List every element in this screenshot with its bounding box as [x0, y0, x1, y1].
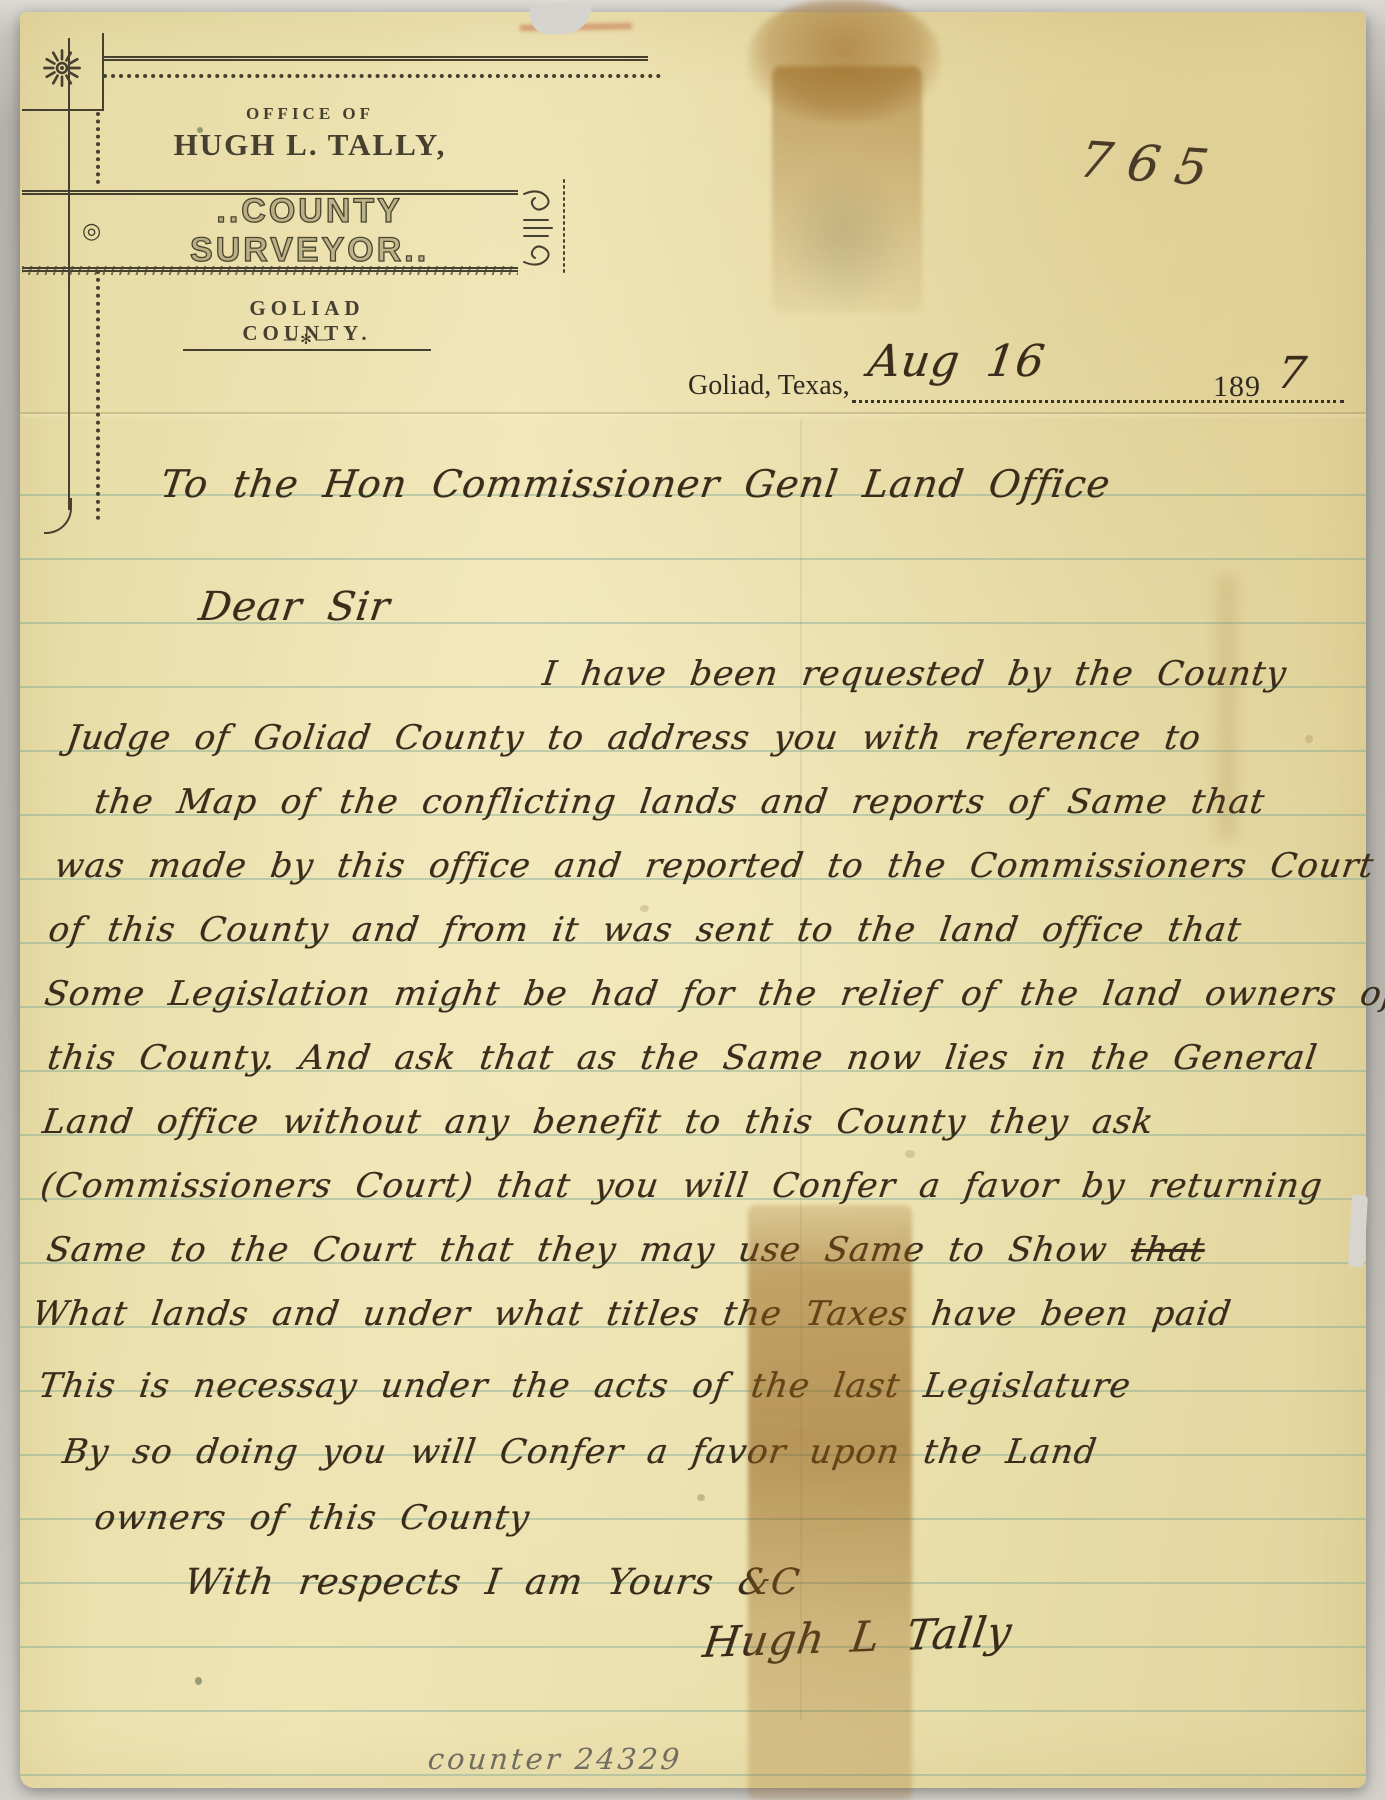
salutation: Dear Sir: [196, 584, 393, 630]
letter-line: This is necessay under the acts of the l…: [36, 1366, 1134, 1406]
foxing-spot: [640, 905, 649, 912]
struck-word: that: [1128, 1230, 1207, 1270]
dateline-printed-year: 189: [1213, 370, 1261, 404]
foxing-spot: [905, 1150, 915, 1158]
horizontal-fold-crease: [20, 412, 1366, 414]
letter-line: (Commissioners Court) that you will Conf…: [38, 1166, 1325, 1206]
letter-line: What lands and under what titles the Tax…: [30, 1294, 1234, 1334]
letter-line: owners of this County: [92, 1498, 532, 1538]
scrollwork-ornament-icon: [518, 176, 574, 280]
letter-line: of this County and from it was sent to t…: [46, 910, 1244, 950]
closing-line: With respects I am Yours &C: [182, 1562, 803, 1603]
fleuron-icon: —✻—: [240, 332, 375, 348]
dateline-place: Goliad, Texas,: [688, 370, 850, 402]
letterhead-name: HUGH L. TALLY,: [110, 127, 510, 163]
letterhead-banner: ◎ ..COUNTY SURVEYOR..: [22, 190, 518, 272]
letterhead-title: ..COUNTY SURVEYOR..: [101, 192, 518, 270]
letterhead-dotted-column-lower: [96, 270, 100, 520]
letter-line: Judge of Goliad County to address you wi…: [64, 718, 1204, 758]
letter-line: Land office without any benefit to this …: [40, 1102, 1156, 1142]
letter-line: Same to the Court that they may use Same…: [44, 1230, 1207, 1270]
letterhead-top-rule: [103, 56, 648, 61]
foxing-spot: [697, 1494, 705, 1501]
target-dot-icon: ◎: [82, 219, 101, 244]
letter-line: the Map of the conflicting lands and rep…: [92, 782, 1268, 822]
letter-line: By so doing you will Confer a favor upon…: [60, 1432, 1099, 1472]
archive-note: counter 24329: [427, 1742, 684, 1776]
file-number: 765: [1075, 131, 1228, 198]
letter-line-text: Same to the Court that they may use Same…: [44, 1230, 1110, 1270]
letter-line: Some Legislation might be had for the re…: [42, 974, 1385, 1014]
sunburst-icon: [40, 46, 84, 90]
letterhead-dotted-rule: [103, 74, 661, 78]
letterhead-office-of: OFFICE OF: [170, 104, 450, 124]
letter-line: this County. And ask that as the Same no…: [45, 1038, 1320, 1078]
scanned-letter-page: { "letterhead": { "office_of": "OFFICE O…: [0, 0, 1385, 1800]
foxing-spot: [1305, 735, 1313, 743]
zigzag-border: [22, 266, 518, 275]
letterhead-dotted-column-upper: [96, 112, 100, 184]
address-line: To the Hon Commissioner Genl Land Office: [158, 462, 1113, 506]
dateline-handwritten-date: Aug 16: [865, 336, 1048, 387]
foxing-spot: [195, 1677, 202, 1685]
foxing-spot: [197, 127, 203, 133]
letter-line: I have been requested by the County: [540, 654, 1289, 694]
letter-line: was made by this office and reported to …: [52, 846, 1377, 886]
